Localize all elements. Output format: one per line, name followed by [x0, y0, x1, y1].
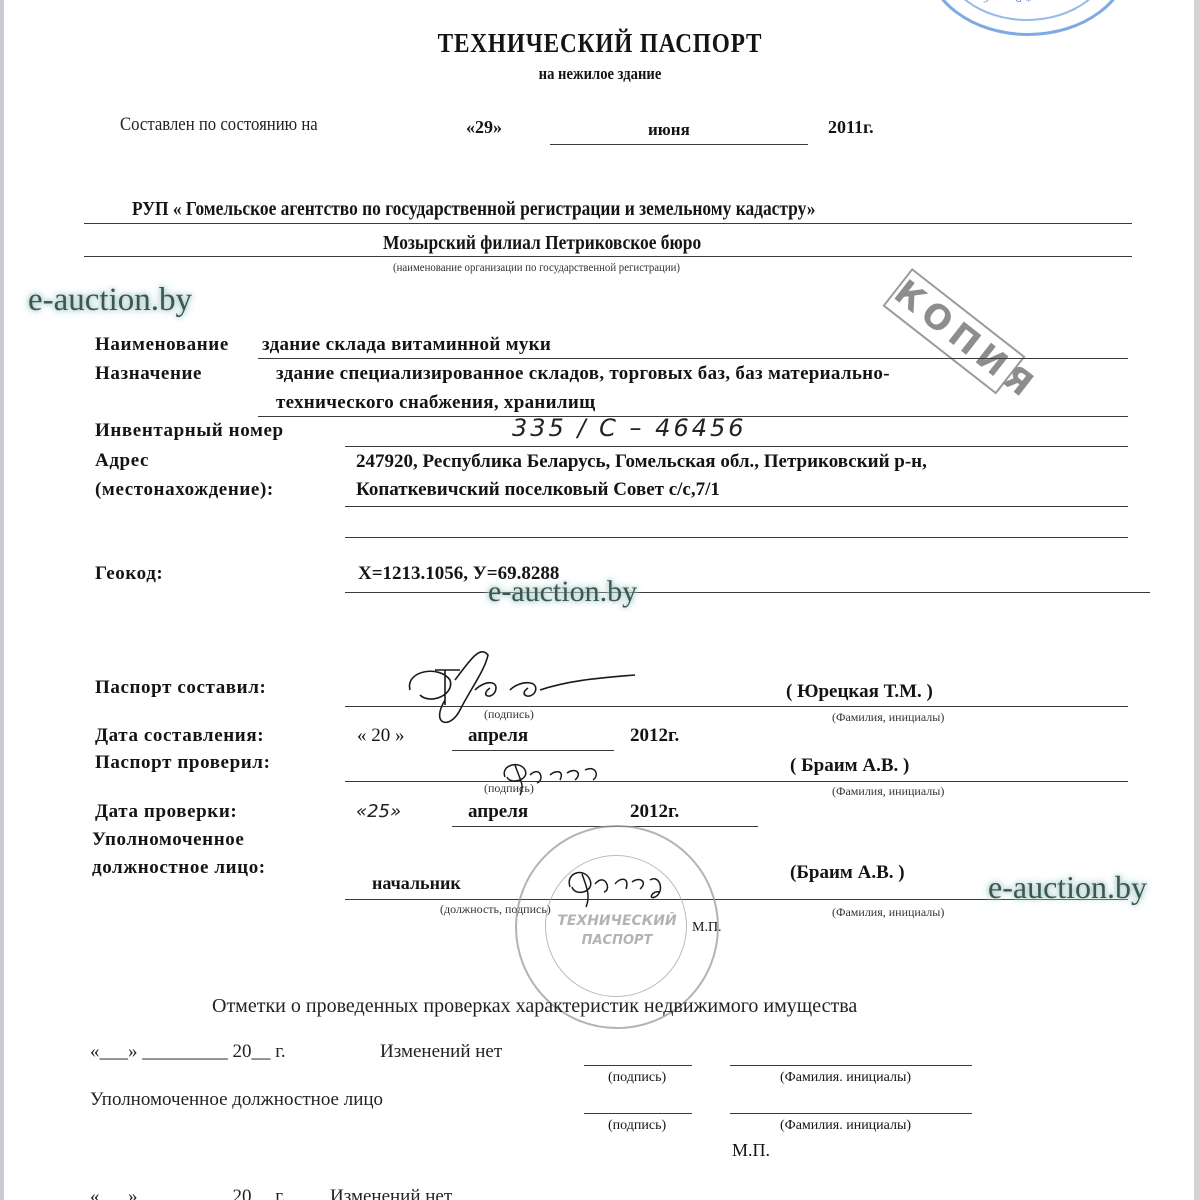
compiled-by-name: ( Юрецкая Т.М. ) — [786, 681, 933, 703]
check-date-month: апреля — [468, 801, 528, 823]
field-geocode-label: Геокод: — [95, 563, 163, 585]
field-address-label-2: (местонахождение): — [95, 479, 274, 501]
state-date-label: Составлен по состоянию на — [120, 114, 318, 136]
field-name-value: здание склада витаминной муки — [262, 334, 551, 356]
organization-caption: (наименование организации по государстве… — [393, 260, 680, 275]
technical-passport-page: * Республи ТЕХНИЧЕСКИЙ ПАСПОРТ на нежило… — [0, 0, 1200, 1200]
field-inventory-value: 335 / С – 46456 — [512, 414, 747, 442]
compile-date-year: 2012г. — [630, 725, 679, 747]
authorized-label-1: Уполномоченное — [92, 829, 244, 851]
check-row2-name-caption: (Фамилия. инициалы) — [780, 1118, 911, 1134]
field-address-label-1: Адрес — [95, 450, 149, 472]
authorized-name: (Браим А.В. ) — [790, 862, 905, 884]
field-purpose-label: Назначение — [95, 363, 202, 385]
scan-edge-right — [1194, 0, 1200, 1200]
field-purpose-value-1: здание специализированное складов, торго… — [276, 363, 890, 385]
check-row1-status: Изменений нет — [380, 1041, 502, 1063]
checked-by-name: ( Браим А.В. ) — [790, 755, 909, 777]
field-address-line-2 — [345, 537, 1128, 538]
watermark-right: e-auction.by — [988, 869, 1147, 906]
check-date-day: «25» — [356, 801, 401, 822]
state-date-month: июня — [648, 120, 690, 140]
check-row1-sign-caption: (подпись) — [608, 1070, 666, 1086]
compile-date-line — [452, 750, 614, 751]
field-inventory-label: Инвентарный номер — [95, 420, 284, 442]
check-row1-sign-line — [584, 1065, 692, 1066]
field-inventory-line — [345, 446, 1128, 447]
check-row1-name-line — [730, 1065, 972, 1066]
check-row3-date: «___» _________ 20__ г. — [90, 1186, 286, 1200]
check-row2-sign-caption: (подпись) — [608, 1118, 666, 1134]
checked-by-name-caption: (Фамилия, инициалы) — [832, 784, 944, 799]
watermark-middle: e-auction.by — [488, 575, 637, 609]
checked-by-line — [345, 781, 1128, 782]
field-address-line-1 — [345, 506, 1128, 507]
check-row2-label: Уполномоченное должностное лицо — [90, 1089, 383, 1111]
field-name-label: Наименование — [95, 334, 229, 356]
organization-line-1 — [84, 223, 1132, 224]
checks-heading: Отметки о проведенных проверках характер… — [212, 995, 857, 1018]
check-row2-sign-line — [584, 1113, 692, 1114]
authorized-label-2: должностное лицо: — [92, 857, 266, 879]
compile-date-label: Дата составления: — [95, 725, 264, 747]
scan-edge-left — [0, 0, 4, 1200]
authorized-name-caption: (Фамилия, инициалы) — [832, 905, 944, 920]
state-date-month-line — [550, 144, 808, 145]
field-address-value-1: 247920, Республика Беларусь, Гомельская … — [356, 451, 927, 473]
check-row2-seal-mark: М.П. — [732, 1140, 770, 1161]
organization-name: РУП « Гомельское агентство по государств… — [132, 198, 815, 221]
check-row1-name-caption: (Фамилия. инициалы) — [780, 1070, 911, 1086]
document-subtitle: на нежилое здание — [84, 64, 1116, 84]
field-geocode-line — [345, 592, 1150, 593]
authorized-position: начальник — [372, 873, 461, 894]
blue-stamp-text: * Республи — [968, 0, 1031, 4]
round-seal-text-2: ПАСПОРТ — [517, 933, 717, 948]
copy-stamp: КОПИЯ — [882, 268, 1025, 394]
check-row2-name-line — [730, 1113, 972, 1114]
state-date-year: 2011г. — [828, 117, 874, 138]
authorized-signature-icon — [560, 862, 680, 922]
field-name-line — [258, 358, 1128, 359]
compiled-by-name-caption: (Фамилия, инициалы) — [832, 710, 944, 725]
compiled-by-label: Паспорт составил: — [95, 677, 266, 699]
watermark-top-left: e-auction.by — [28, 282, 192, 319]
compile-date-month: апреля — [468, 725, 528, 747]
field-purpose-value-2: технического снабжения, хранилищ — [276, 392, 595, 414]
compile-date-day: « 20 » — [357, 725, 405, 747]
organization-branch: Мозырский филиал Петриковское бюро — [383, 232, 701, 255]
check-row1-date: «___» _________ 20__ г. — [90, 1041, 286, 1063]
checked-by-sign-caption: (подпись) — [484, 781, 534, 796]
check-row3-status: Изменений нет — [330, 1186, 452, 1200]
document-title: ТЕХНИЧЕСКИЙ ПАСПОРТ — [84, 28, 1116, 59]
field-address-value-2: Копаткевичский поселковый Совет с/с,7/1 — [356, 479, 720, 501]
compiled-by-sign-caption: (подпись) — [484, 707, 534, 722]
state-date-day: «29» — [466, 117, 502, 138]
check-date-label: Дата проверки: — [95, 801, 237, 823]
organization-line-2 — [84, 256, 1132, 257]
checked-by-label: Паспорт проверил: — [95, 752, 271, 774]
checker-signature-icon — [495, 755, 615, 805]
check-date-year: 2012г. — [630, 801, 679, 823]
